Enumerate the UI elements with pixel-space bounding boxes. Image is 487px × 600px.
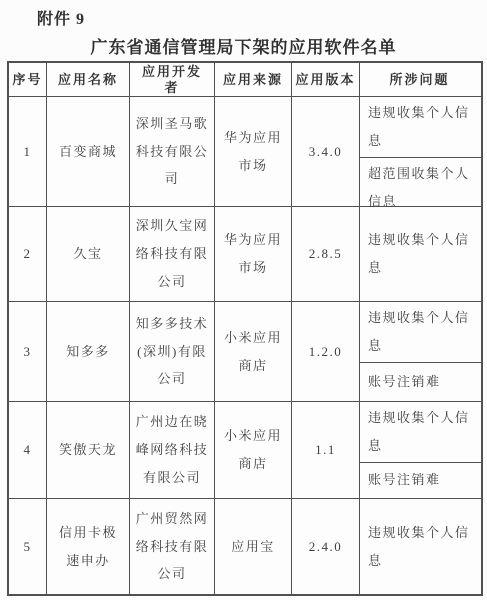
header-issues-label: 所涉问题 — [360, 63, 481, 96]
issue-item: 违规收集个人信息 — [360, 402, 481, 462]
app-version: 3.4.0 — [292, 97, 360, 206]
app-developer: 深圳圣马歌科技有限公司 — [130, 97, 215, 206]
issue-item: 违规收集个人信息 — [360, 207, 481, 301]
table-header-row: 序号 应用名称 应用开发者 应用来源 应用版本 所涉问题 — [9, 63, 481, 96]
header-app-name: 应用名称 — [47, 63, 130, 96]
app-developer: 深圳久宝网络科技有限公司 — [130, 207, 215, 301]
row-no: 5 — [9, 499, 47, 594]
apps-table: 序号 应用名称 应用开发者 应用来源 应用版本 所涉问题 1 百变商城 深圳圣马… — [7, 61, 483, 596]
app-developer: 广州贸然网络科技有限公司 — [130, 499, 215, 594]
app-issues: 违规收集个人信息 — [360, 499, 481, 594]
app-name: 久宝 — [47, 207, 130, 301]
app-issues: 违规收集个人信息 超范围收集个人信息 — [360, 97, 481, 206]
app-source: 小米应用商店 — [215, 402, 292, 498]
app-source: 华为应用市场 — [215, 207, 292, 301]
app-name: 百变商城 — [47, 97, 130, 206]
header-developer: 应用开发者 — [130, 63, 215, 96]
table-row: 4 笑傲天龙 广州边在晓峰网络科技有限公司 小米应用商店 1.1 违规收集个人信… — [9, 401, 481, 498]
row-no: 2 — [9, 207, 47, 301]
app-issues: 违规收集个人信息 账号注销难 — [360, 402, 481, 498]
page-title: 广东省通信管理局下架的应用软件名单 — [0, 33, 487, 58]
issue-item: 账号注销难 — [360, 462, 481, 498]
row-no: 1 — [9, 97, 47, 206]
app-source: 应用宝 — [215, 499, 292, 594]
row-no: 4 — [9, 402, 47, 498]
header-version: 应用版本 — [292, 63, 360, 96]
app-version: 1.1 — [292, 402, 360, 498]
app-issues: 违规收集个人信息 账号注销难 — [360, 302, 481, 401]
app-name: 知多多 — [47, 302, 130, 401]
attachment-label: 附件 9 — [37, 6, 85, 29]
app-issues: 违规收集个人信息 — [360, 207, 481, 301]
issue-item: 违规收集个人信息 — [360, 97, 481, 157]
issue-item: 账号注销难 — [360, 362, 481, 401]
header-no: 序号 — [9, 63, 47, 96]
issue-item: 违规收集个人信息 — [360, 499, 481, 594]
app-name: 信用卡极速申办 — [47, 499, 130, 594]
table-row: 3 知多多 知多多技术(深圳)有限公司 小米应用商店 1.2.0 违规收集个人信… — [9, 301, 481, 401]
app-developer: 知多多技术(深圳)有限公司 — [130, 302, 215, 401]
app-name: 笑傲天龙 — [47, 402, 130, 498]
app-version: 2.8.5 — [292, 207, 360, 301]
table-row: 2 久宝 深圳久宝网络科技有限公司 华为应用市场 2.8.5 违规收集个人信息 — [9, 206, 481, 301]
app-source: 小米应用商店 — [215, 302, 292, 401]
app-source: 华为应用市场 — [215, 97, 292, 206]
row-no: 3 — [9, 302, 47, 401]
app-developer: 广州边在晓峰网络科技有限公司 — [130, 402, 215, 498]
header-source: 应用来源 — [215, 63, 292, 96]
issue-item: 违规收集个人信息 — [360, 302, 481, 362]
header-issues: 所涉问题 — [360, 63, 481, 96]
table-row: 5 信用卡极速申办 广州贸然网络科技有限公司 应用宝 2.4.0 违规收集个人信… — [9, 498, 481, 594]
app-version: 1.2.0 — [292, 302, 360, 401]
app-version: 2.4.0 — [292, 499, 360, 594]
table-row: 1 百变商城 深圳圣马歌科技有限公司 华为应用市场 3.4.0 违规收集个人信息… — [9, 96, 481, 206]
